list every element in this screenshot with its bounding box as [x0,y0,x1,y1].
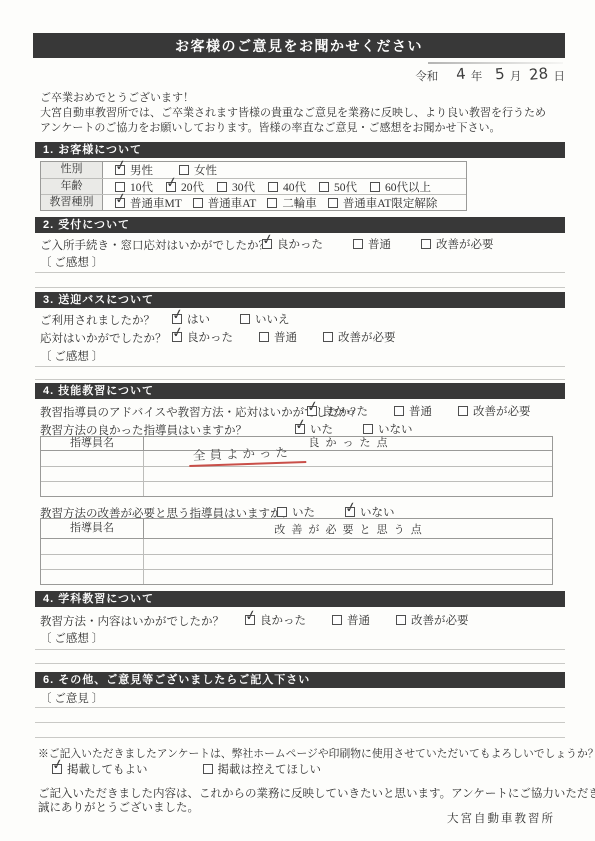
gender-options: ✓ 男性 女性 [103,162,217,178]
checkbox[interactable]: ✓ [115,198,125,208]
write-in-line[interactable] [35,379,565,380]
academic-options: ✓ 良かった 普通 改善が必要 [245,613,469,627]
option-label: 普通 [368,236,391,252]
checkbox-bus-no[interactable]: いいえ [240,311,290,327]
option-label: 掲載してもよい [67,761,148,777]
col-improve-point: 改善が必要と思う点 [144,521,552,537]
checkmark: ✓ [344,500,358,516]
good-table-row[interactable] [41,481,552,496]
section-reception-title: 2. 受付について [43,219,130,231]
table-row-course: 教習種別 ✓ 普通車MT 普通車AT 二輪車 普通車AT限定解除 [41,194,466,210]
section-bus-header: 3. 送迎バスについて [35,292,565,308]
skill-improve-instructor-options: いた ✓ いない [277,505,395,519]
bus-service-question-line: 応対はいかがでしたか？ ✓ 良かった 普通 改善が必要 [40,330,560,344]
checkbox[interactable]: ✓ [345,507,355,517]
academic-question-line: 教習方法・内容はいかがでしたか？ ✓ 良かった 普通 改善が必要 [40,613,560,627]
checkbox-bus-good[interactable]: ✓ 良かった [172,329,233,345]
write-in-line[interactable] [35,663,565,664]
checkbox-reception-needs-improvement[interactable]: 改善が必要 [421,236,494,252]
checkbox-age-40s[interactable]: 40代 [268,179,306,195]
section-customer-header: 1. お客様について [35,142,565,158]
checkbox-male[interactable]: ✓ 男性 [115,162,153,178]
good-table-row[interactable] [41,466,552,481]
checkbox-age-30s[interactable]: 30代 [217,179,255,195]
option-label: 改善が必要 [473,403,531,419]
checkbox[interactable] [363,424,373,434]
option-label: 普通車AT [208,195,257,211]
option-label: 60代以上 [385,179,431,195]
checkbox[interactable] [319,182,329,192]
publish-options-line: ✓ 掲載してもよい 掲載は控えてほしい [52,762,452,776]
checkbox-bus-normal[interactable]: 普通 [259,329,297,345]
checkbox[interactable]: ✓ [295,424,305,434]
academic-comment-label: 〔 ご感想 〕 [40,630,103,644]
improve-instructor-table: 指導員名 改善が必要と思う点 [40,518,553,585]
checkbox[interactable]: ✓ [172,314,182,324]
bus-used-question: ご利用されましたか？ [40,315,155,327]
section-reception-header: 2. 受付について [35,217,565,233]
checkbox[interactable] [193,198,203,208]
checkbox[interactable] [277,507,287,517]
date-year-value[interactable]: 4 [456,65,467,84]
good-instructor-table: 指導員名 良かった点 全員よかった [40,436,553,497]
date-day-value[interactable]: 28 [529,64,550,84]
option-label: はい [187,311,210,327]
checkbox-reception-good[interactable]: ✓ 良かった [262,236,323,252]
age-row-label: 年齢 [41,179,103,194]
reception-options: ✓ 良かった 普通 改善が必要 [262,237,494,251]
write-in-line[interactable] [35,287,565,288]
table-row-age: 年齢 10代 ✓ 20代 30代 40代 [41,178,466,194]
checkbox[interactable] [394,406,404,416]
bus-service-question: 応対はいかがでしたか？ [40,333,167,345]
section-skill-title: 4. 技能教習について [43,385,154,397]
skill-good-instructor-question-line: 教習方法の良かった指導員はいますか？ ✓ いた いない [40,422,565,436]
course-row-label: 教習種別 [41,195,103,210]
option-label: 改善が必要 [338,329,396,345]
intro-line-3: アンケートのご協力をお願いしております。皆様の率直なご意見・ご感想をお聞かせ下さ… [40,121,500,135]
checkbox[interactable] [328,198,338,208]
write-in-line[interactable] [35,737,565,738]
gender-row-label: 性別 [41,162,103,178]
checkbox-reception-normal[interactable]: 普通 [353,236,391,252]
form-title-bar: お客様のご意見をお聞かせください [33,33,565,58]
skill-improve-instructor-question-line: 教習方法の改善が必要と思う指導員はいますか？ いた ✓ いない [40,505,565,519]
option-label: 普通車MT [130,195,182,211]
checkbox-academic-needs-improvement[interactable]: 改善が必要 [396,612,469,628]
academic-question: 教習方法・内容はいかがでしたか？ [40,616,224,628]
option-label: いいえ [255,311,290,327]
checkbox[interactable] [203,764,213,774]
age-options: 10代 ✓ 20代 30代 40代 50代 [103,179,431,195]
date-line: 令和 4 年 5 月 28 日 [415,66,565,84]
option-label: いた [310,421,333,437]
checkbox[interactable]: ✓ [166,182,176,192]
section-academic-title: 4. 学科教習について [43,593,154,605]
form-title: お客様のご意見をお聞かせください [175,36,423,56]
option-label: 普通 [274,329,297,345]
checkbox-car-at[interactable]: 普通車AT [193,195,257,211]
checkbox-at-limit-release[interactable]: 普通車AT限定解除 [328,195,438,211]
option-label: 改善が必要 [411,612,469,628]
checkbox[interactable]: ✓ [172,332,182,342]
checkmark: ✓ [114,158,128,174]
improve-table-row[interactable] [41,539,552,554]
bus-used-question-line: ご利用されましたか？ ✓ はい いいえ [40,312,560,326]
write-in-line[interactable] [35,366,565,367]
date-month-value[interactable]: 5 [495,65,506,84]
section-academic-header: 4. 学科教習について [35,591,565,607]
closing-line-2: 誠にありがとうございました。 [38,799,199,813]
reception-question-line: ご入所手続き・窓口応対はいかがでしたか？ ✓ 良かった 普通 改善が必要 [40,237,560,251]
option-label: 30代 [232,179,255,195]
checkbox[interactable]: ✓ [307,406,317,416]
option-label: 女性 [194,162,217,178]
checkmark: ✓ [171,307,185,323]
write-in-line[interactable] [35,722,565,723]
option-label: 良かった [277,236,323,252]
checkbox[interactable] [396,615,406,625]
intro-line-2: 大宮自動車教習所では、ご卒業されます皆様の貴重なご意見を業務に反映し、より良い教… [40,106,546,120]
date-era-label: 令和 [415,68,438,84]
checkbox[interactable] [458,406,468,416]
option-label: 50代 [334,179,357,195]
survey-form-page: お客様のご意見をお聞かせください 令和 4 年 5 月 28 日 ご卒業おめでと… [0,0,595,841]
skill-advice-options: ✓ 良かった 普通 改善が必要 [307,404,531,418]
checkmark: ✓ [171,325,185,341]
other-comment-label: 〔 ご意見 〕 [40,690,103,704]
reception-question: ご入所手続き・窓口応対はいかがでしたか？ [40,240,270,252]
publish-options: ✓ 掲載してもよい 掲載は控えてほしい [52,762,321,776]
checkbox-good-instructor-no[interactable]: いない [363,421,413,437]
checkbox[interactable]: ✓ [245,615,255,625]
option-label: 普通車AT限定解除 [343,195,438,211]
checkbox-age-60s-plus[interactable]: 60代以上 [370,179,431,195]
checkbox[interactable] [240,314,250,324]
checkbox-good-instructor-yes[interactable]: ✓ いた [295,421,333,437]
checkbox-female[interactable]: 女性 [179,162,217,178]
checkbox-academic-good[interactable]: ✓ 良かった [245,612,306,628]
checkbox[interactable] [421,239,431,249]
option-label: 掲載は控えてほしい [218,761,322,777]
option-label: 普通 [347,612,370,628]
checkbox[interactable] [217,182,227,192]
improve-table-row[interactable] [41,554,552,569]
option-label: 20代 [181,179,204,195]
checkbox[interactable]: ✓ [52,764,62,774]
date-year-unit: 年 [471,68,483,84]
write-in-line[interactable] [35,272,565,273]
bus-used-options: ✓ はい いいえ [172,312,290,326]
checkbox-publish-decline[interactable]: 掲載は控えてほしい [203,761,322,777]
option-label: 男性 [130,162,153,178]
checkbox[interactable] [353,239,363,249]
option-label: 良かった [322,403,368,419]
closing-line-1: ご記入いただきました内容は、これからの業務に反映していきたいと思います。アンケー… [38,785,595,799]
publish-permission-question: ※ご記入いただきましたアンケートは、弊社ホームページや印刷物に使用させていただい… [38,746,595,760]
checkbox[interactable] [268,182,278,192]
section-bus-title: 3. 送迎バスについて [43,294,154,306]
option-label: 10代 [130,179,153,195]
checkbox[interactable] [267,198,277,208]
checkbox-bus-needs-improvement[interactable]: 改善が必要 [323,329,396,345]
option-label: いない [378,421,413,437]
bus-comment-label: 〔 ご感想 〕 [40,348,103,362]
option-label: 普通 [409,403,432,419]
checkbox-age-50s[interactable]: 50代 [319,179,357,195]
option-label: 良かった [260,612,306,628]
col-instructor-name: 指導員名 [41,519,144,538]
date-month-unit: 月 [510,68,522,84]
improve-table-header: 指導員名 改善が必要と思う点 [41,519,552,539]
checkbox-age-20s[interactable]: ✓ 20代 [166,179,204,195]
table-row-gender: 性別 ✓ 男性 女性 [41,162,466,178]
write-in-line[interactable] [35,649,565,650]
checkbox-skill-normal[interactable]: 普通 [394,403,432,419]
checkbox[interactable]: ✓ [115,165,125,175]
checkbox[interactable] [323,332,333,342]
reception-comment-label: 〔 ご感想 〕 [40,254,103,268]
section-other-header: 6. その他、ご意見等ございましたらご記入下さい [35,672,565,688]
write-in-line[interactable] [35,707,565,708]
checkbox[interactable] [332,615,342,625]
option-label: 40代 [283,179,306,195]
checkbox[interactable]: ✓ [262,239,272,249]
skill-good-instructor-options: ✓ いた いない [295,422,413,436]
option-label: 改善が必要 [436,236,494,252]
intro-line-1: ご卒業おめでとうございます！ [40,91,194,105]
checkbox[interactable] [259,332,269,342]
date-day-unit: 日 [554,68,566,84]
section-other-title: 6. その他、ご意見等ございましたらご記入下さい [43,674,310,686]
section-customer-title: 1. お客様について [43,144,142,156]
checkbox-publish-ok[interactable]: ✓ 掲載してもよい [52,761,148,777]
checkbox-skill-good[interactable]: ✓ 良かった [307,403,368,419]
school-signature: 大宮自動車教習所 [447,810,555,826]
checkbox[interactable] [370,182,380,192]
bus-service-options: ✓ 良かった 普通 改善が必要 [172,330,396,344]
course-options: ✓ 普通車MT 普通車AT 二輪車 普通車AT限定解除 [103,195,437,211]
col-instructor-name: 指導員名 [41,437,144,450]
checkmark: ✓ [294,417,308,433]
checkbox-car-mt[interactable]: ✓ 普通車MT [115,195,182,211]
option-label: 二輪車 [282,195,317,211]
checkbox[interactable] [179,165,189,175]
option-label: 良かった [187,329,233,345]
checkmark: ✓ [244,608,258,624]
checkmark: ✓ [306,399,320,415]
checkbox-skill-needs-improvement[interactable]: 改善が必要 [458,403,531,419]
checkbox-academic-normal[interactable]: 普通 [332,612,370,628]
section-skill-header: 4. 技能教習について [35,383,565,399]
checkmark: ✓ [261,232,275,248]
checkbox-motorcycle[interactable]: 二輪車 [267,195,317,211]
customer-info-table: 性別 ✓ 男性 女性 年齢 10代 ✓ [40,161,467,211]
improve-table-row[interactable] [41,569,552,584]
